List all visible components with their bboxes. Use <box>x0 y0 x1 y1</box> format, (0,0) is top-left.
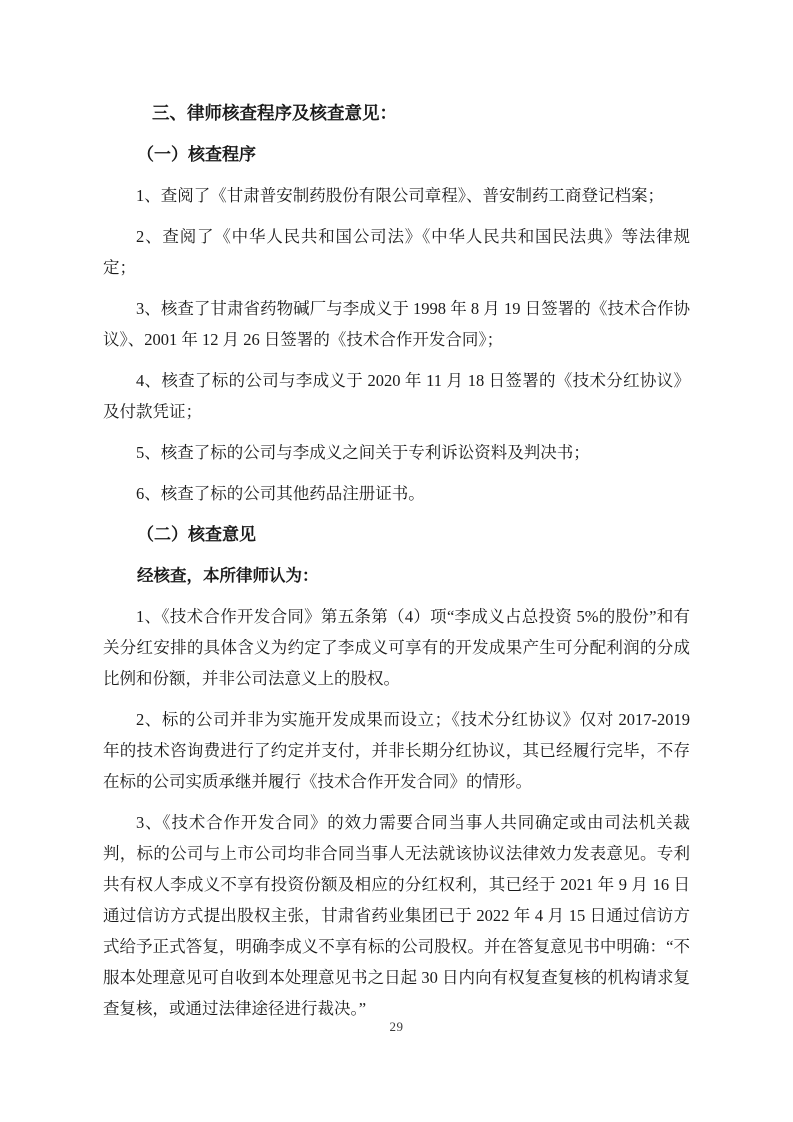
procedure-item-1: 1、查阅了《甘肃普安制药股份有限公司章程》、普安制药工商登记档案； <box>103 180 690 211</box>
page-number: 29 <box>390 1019 404 1034</box>
procedure-section-title: （一）核查程序 <box>103 139 690 170</box>
document-content: 三、律师核查程序及核查意见： （一）核查程序 1、查阅了《甘肃普安制药股份有限公… <box>103 98 690 1034</box>
opinion-lead: 经核查，本所律师认为： <box>103 560 690 591</box>
procedure-item-6: 6、核查了标的公司其他药品注册证书。 <box>103 478 690 509</box>
opinion-paragraph-3: 3、《技术合作开发合同》的效力需要合同当事人共同确定或由司法机关裁判，标的公司与… <box>103 807 690 1024</box>
procedure-item-5: 5、核查了标的公司与李成义之间关于专利诉讼资料及判决书； <box>103 437 690 468</box>
document-page: 三、律师核查程序及核查意见： （一）核查程序 1、查阅了《甘肃普安制药股份有限公… <box>0 0 793 1122</box>
procedure-item-2: 2、查阅了《中华人民共和国公司法》《中华人民共和国民法典》等法律规定； <box>103 221 690 283</box>
opinion-paragraph-1: 1、《技术合作开发合同》第五条第（4）项“李成义占总投资 5%的股份”和有关分红… <box>103 601 690 694</box>
opinion-section-title: （二）核查意见 <box>103 519 690 550</box>
procedure-item-3: 3、核查了甘肃省药物碱厂与李成义于 1998 年 8 月 19 日签署的《技术合… <box>103 293 690 355</box>
procedure-item-4: 4、核查了标的公司与李成义于 2020 年 11 月 18 日签署的《技术分红协… <box>103 365 690 427</box>
page-footer: 29 <box>0 1018 793 1036</box>
doc-heading: 三、律师核查程序及核查意见： <box>103 98 690 129</box>
opinion-paragraph-2: 2、标的公司并非为实施开发成果而设立；《技术分红协议》仅对 2017-2019 … <box>103 704 690 797</box>
